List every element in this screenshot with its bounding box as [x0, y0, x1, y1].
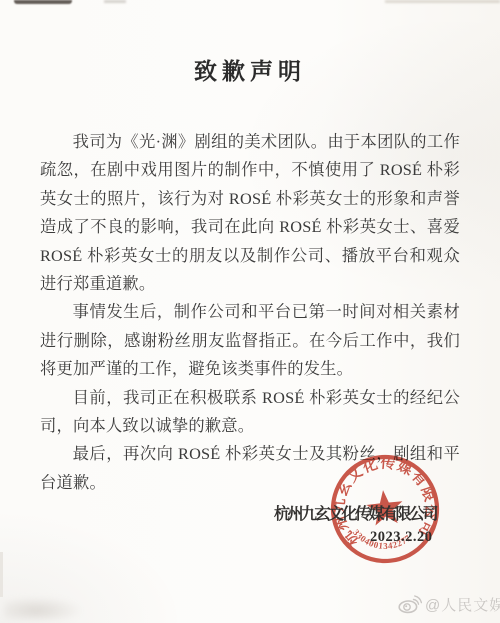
- document-body: 我司为《光·渊》剧组的美术团队。由于本团队的工作疏忽，在剧中戏用图片的制作中，不…: [40, 128, 460, 497]
- photo-artifact-top-left: [14, 0, 72, 4]
- photo-artifact-left-edge: [0, 552, 3, 597]
- signature-date: 2023.2.20: [370, 529, 433, 546]
- document-paragraph: 事情发生后，制作公司和平台已第一时间对相关素材进行删除，感谢粉丝朋友监督指正。在…: [40, 298, 460, 383]
- watermark-handle: @人民文娱: [425, 594, 500, 615]
- document-paragraph: 我司为《光·渊》剧组的美术团队。由于本团队的工作疏忽，在剧中戏用图片的制作中，不…: [40, 128, 460, 298]
- photo-artifact-bottom-left: [4, 596, 84, 620]
- photo-artifact-top-mid: [104, 0, 126, 3]
- document-paragraph: 目前，我司正在积极联系 ROSÉ 朴彩英女士的经纪公司，向本人致以诚挚的歉意。: [40, 384, 460, 441]
- document-title: 致歉声明: [0, 53, 500, 86]
- apology-statement-photo: 致歉声明 我司为《光·渊》剧组的美术团队。由于本团队的工作疏忽，在剧中戏用图片的…: [0, 0, 500, 623]
- weibo-icon: [396, 594, 422, 615]
- company-signature: 杭州九玄文化传媒有限公司: [274, 501, 436, 524]
- photo-artifact-top-right: [385, 0, 500, 3]
- weibo-watermark: @人民文娱: [396, 594, 500, 615]
